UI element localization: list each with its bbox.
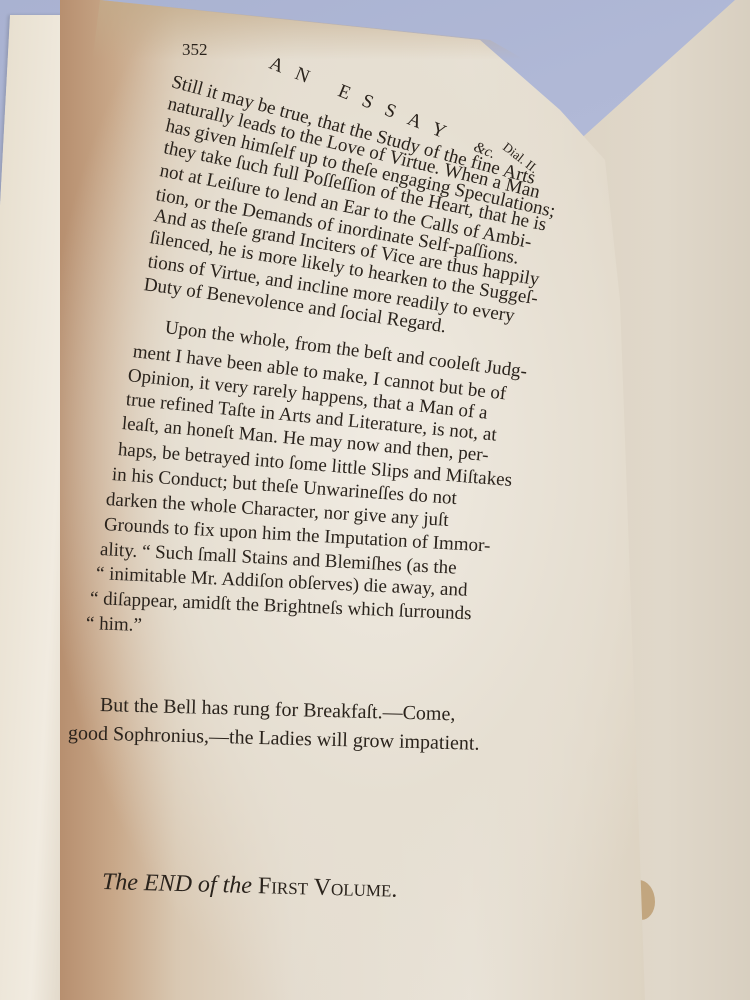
page-text: 352 AN ESSAY &c. Dial. II. Still it may … <box>0 0 750 1000</box>
text-line: “ him.” <box>86 614 143 635</box>
end-notice: The END of the First Volume. <box>102 870 398 902</box>
end-first-volume: First Volume. <box>258 873 398 903</box>
end-the: The <box>102 869 139 896</box>
end-of-the: of the <box>198 872 253 899</box>
text-line: good Sophronius,—the Ladies will grow im… <box>68 723 480 754</box>
end-word: END <box>144 870 193 897</box>
text-line: But the Bell has rung for Breakfaſt.—Com… <box>100 695 456 724</box>
page-number: 352 <box>182 40 208 60</box>
